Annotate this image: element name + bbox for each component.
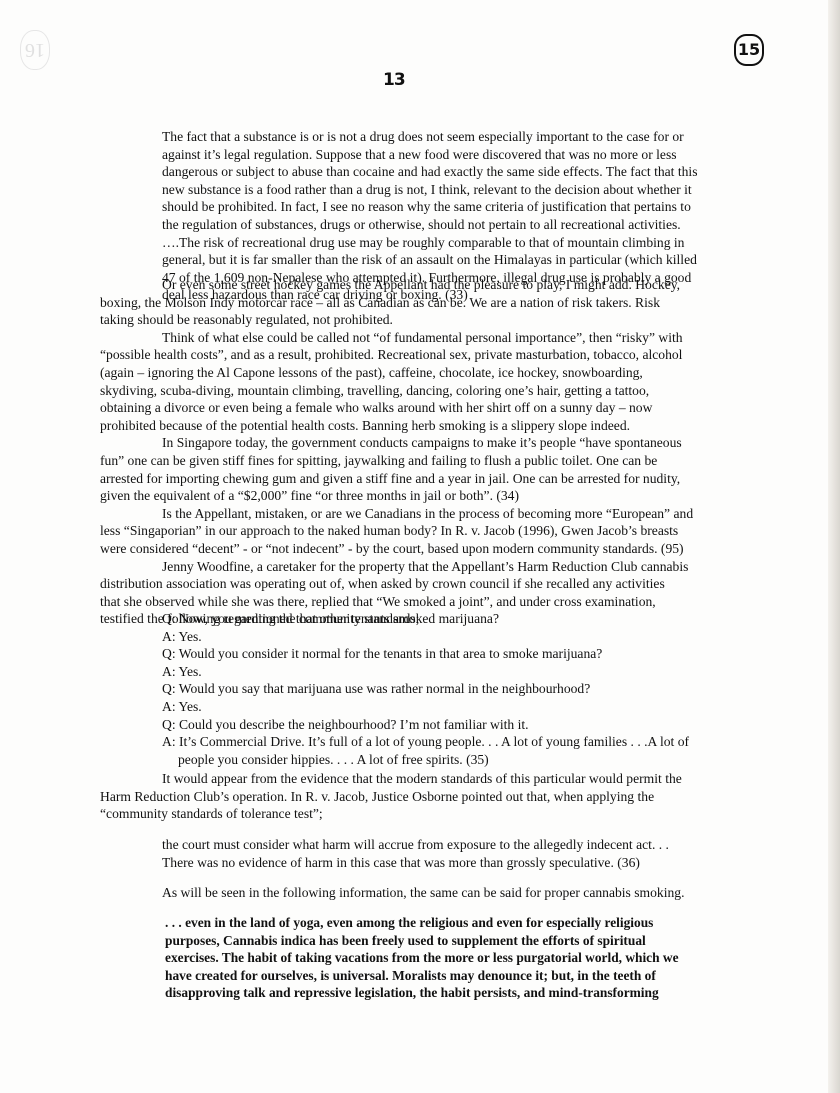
- testimony-line: people you consider hippies. . . . A lot…: [162, 751, 689, 769]
- body-line: boxing, the Molson Indy motorcar race – …: [100, 294, 693, 312]
- testimony-line: Q: Would you say that marijuana use was …: [162, 680, 689, 698]
- testimony-line: Q: Could you describe the neighbourhood?…: [162, 716, 689, 734]
- quote-line: new substance is a food rather than a dr…: [162, 181, 698, 199]
- testimony-line: A: It’s Commercial Drive. It’s full of a…: [162, 733, 689, 751]
- body-line: taking should be reasonably regulated, n…: [100, 311, 693, 329]
- quote-line: ….The risk of recreational drug use may …: [162, 234, 698, 252]
- body-line: Or even some street hockey games the App…: [100, 276, 693, 294]
- bleed-through-page-number: 16: [20, 30, 50, 70]
- quote-line: dangerous or subject to abuse than cocai…: [162, 163, 698, 181]
- quote-line: The fact that a substance is or is not a…: [162, 128, 698, 146]
- quote-line: . . . even in the land of yoga, even amo…: [165, 914, 679, 932]
- quote-line: disapproving talk and repressive legisla…: [165, 984, 679, 1002]
- body-paragraph-2: It would appear from the evidence that t…: [100, 770, 682, 823]
- testimony-transcript: Q: Now, you mentioned that other tenants…: [162, 610, 689, 768]
- body-line: As will be seen in the following informa…: [100, 884, 684, 902]
- quote-line: against it’s legal regulation. Suppose t…: [162, 146, 698, 164]
- body-line: Think of what else could be called not “…: [100, 329, 693, 347]
- quote-line: general, but it is far smaller than the …: [162, 251, 698, 269]
- body-line: “community standards of tolerance test”;: [100, 805, 682, 823]
- block-quote-3: . . . even in the land of yoga, even amo…: [165, 914, 679, 1002]
- body-line: (again – ignoring the Al Capone lessons …: [100, 364, 693, 382]
- quote-line: the regulation of substances, drugs or o…: [162, 216, 698, 234]
- testimony-line: A: Yes.: [162, 663, 689, 681]
- body-paragraph-3: As will be seen in the following informa…: [100, 884, 684, 902]
- block-quote-2: the court must consider what harm will a…: [162, 836, 669, 871]
- body-paragraphs-1: Or even some street hockey games the App…: [100, 276, 693, 628]
- testimony-line: Q: Now, you mentioned that other tenants…: [162, 610, 689, 628]
- quote-line: There was no evidence of harm in this ca…: [162, 854, 669, 872]
- quote-line: have created for ourselves, is universal…: [165, 967, 679, 985]
- quote-line: purposes, Cannabis indica has been freel…: [165, 932, 679, 950]
- scan-page-edge: [828, 0, 840, 1093]
- body-line: prohibited because of the potential heal…: [100, 417, 693, 435]
- body-line: skydiving, scuba-diving, mountain climbi…: [100, 382, 693, 400]
- body-line: that she observed while she was there, r…: [100, 593, 693, 611]
- testimony-line: Q: Would you consider it normal for the …: [162, 645, 689, 663]
- body-line: obtaining a divorce or even being a fema…: [100, 399, 693, 417]
- body-line: distribution association was operating o…: [100, 575, 693, 593]
- body-line: given the equivalent of a “$2,000” fine …: [100, 487, 693, 505]
- body-line: Jenny Woodfine, a caretaker for the prop…: [100, 558, 693, 576]
- body-line: less “Singaporian” in our approach to th…: [100, 522, 693, 540]
- body-line: Is the Appellant, mistaken, or are we Ca…: [100, 505, 693, 523]
- body-line: arrested for importing chewing gum and g…: [100, 470, 693, 488]
- circled-page-stamp: 15: [734, 34, 764, 66]
- body-line: In Singapore today, the government condu…: [100, 434, 693, 452]
- body-line: Harm Reduction Club’s operation. In R. v…: [100, 788, 682, 806]
- handwritten-page-number: 13: [383, 70, 405, 90]
- quote-line: should be prohibited. In fact, I see no …: [162, 198, 698, 216]
- testimony-line: A: Yes.: [162, 628, 689, 646]
- quote-line: the court must consider what harm will a…: [162, 836, 669, 854]
- body-line: It would appear from the evidence that t…: [100, 770, 682, 788]
- quote-line: exercises. The habit of taking vacations…: [165, 949, 679, 967]
- body-line: “possible health costs”, and as a result…: [100, 346, 693, 364]
- testimony-line: A: Yes.: [162, 698, 689, 716]
- body-line: fun” one can be given stiff fines for sp…: [100, 452, 693, 470]
- body-line: were considered “decent” - or “not indec…: [100, 540, 693, 558]
